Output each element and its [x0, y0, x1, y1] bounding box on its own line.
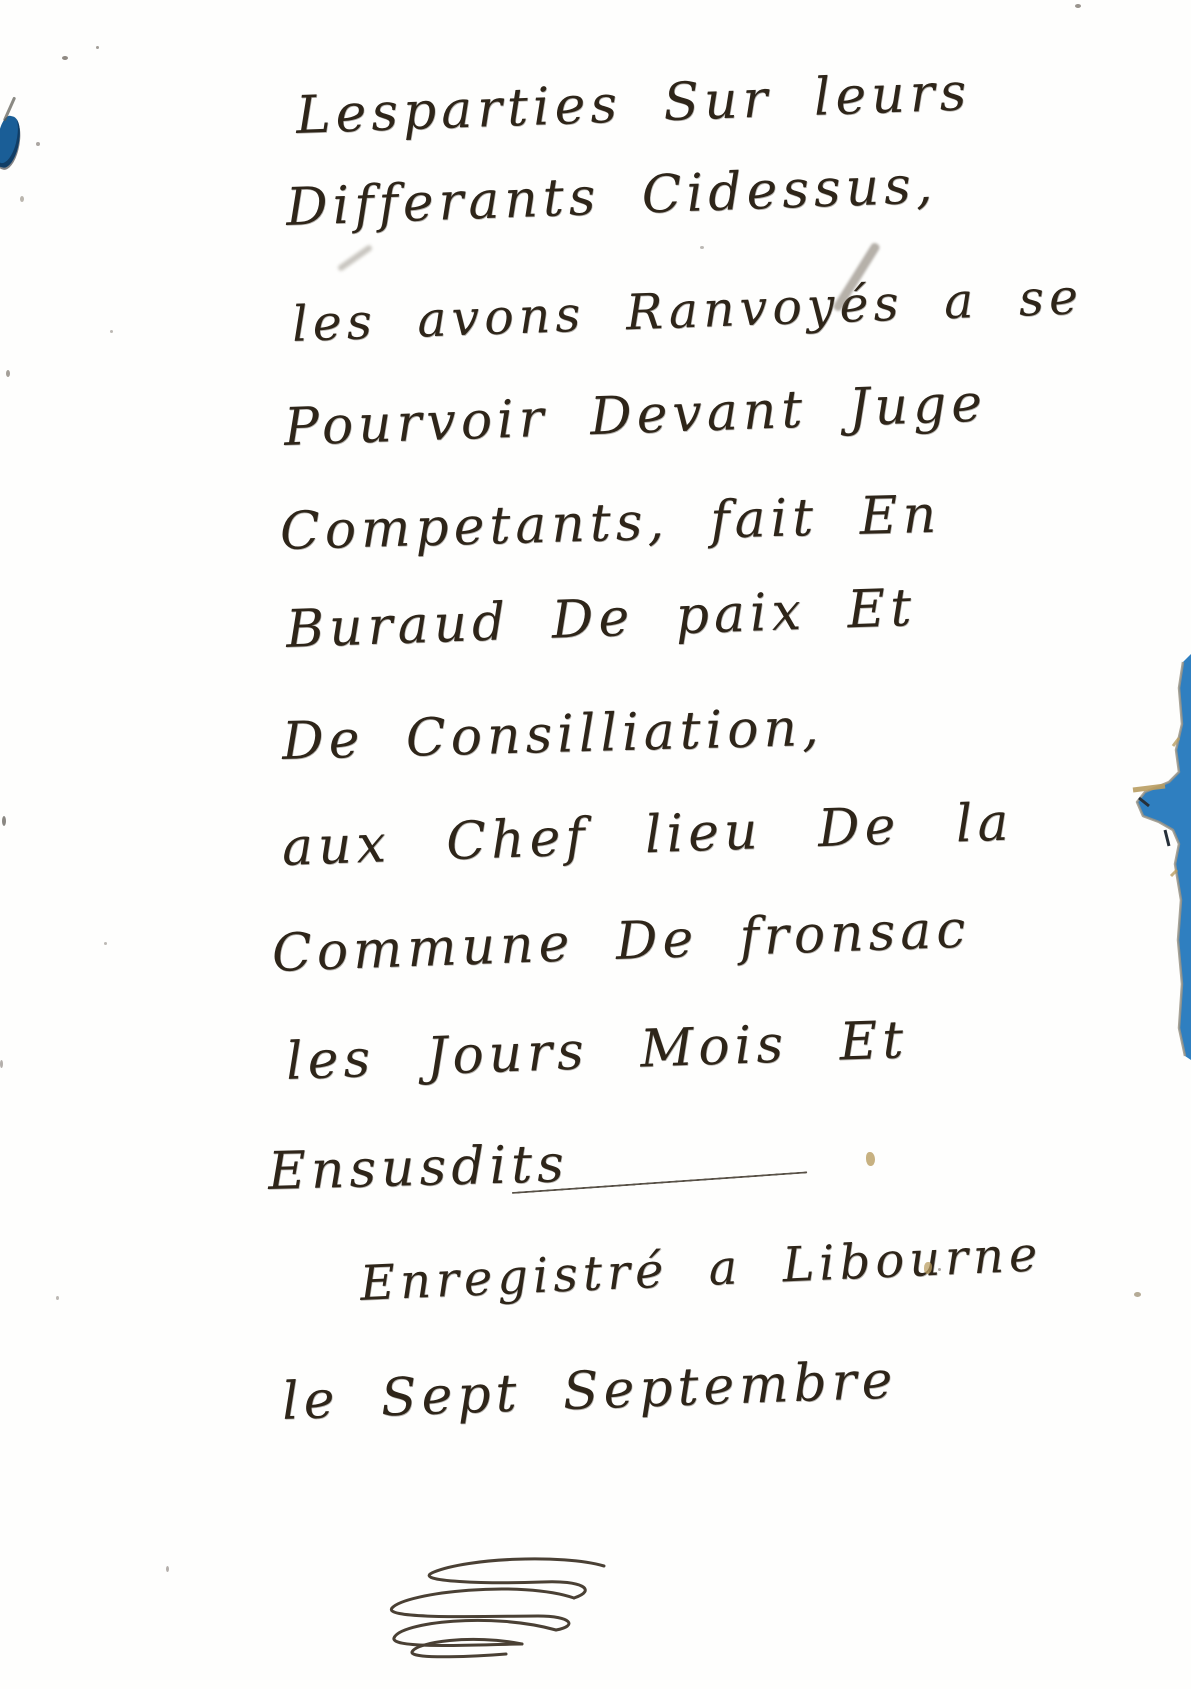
grey-smudge-small [337, 244, 373, 272]
paper-speckle [1134, 1292, 1141, 1297]
paper-speckle [938, 1268, 941, 1271]
paper-speckle [700, 246, 704, 249]
paper-speckle [36, 142, 40, 146]
handwritten-line-3: les avons Ranvoyés a se [291, 268, 1084, 353]
handwritten-line-9: Commune De fronsac [271, 900, 971, 984]
ink-scribble-flourish [372, 1552, 612, 1676]
handwritten-line-6: Buraud De paix Et [285, 578, 917, 660]
paper-speckle [166, 1566, 169, 1572]
paper-speckle [62, 56, 68, 60]
handwritten-line-2: Differants Cidessus, [285, 155, 938, 238]
paper-speckle [56, 1296, 59, 1300]
paper-speckle [0, 1060, 3, 1068]
handwritten-line-4: Pourvoir Devant Juge [283, 373, 988, 458]
blue-ink-stain-left [0, 114, 25, 170]
torn-edge-blue-right [1129, 640, 1191, 1084]
handwritten-line-5: Competants, fait En [279, 485, 942, 562]
paper-speckle [6, 370, 10, 377]
paper-speckle [104, 942, 107, 945]
paper-speckle [866, 1152, 875, 1166]
handwritten-line-8: aux Chef lieu De la [281, 792, 1015, 878]
paper-speckle [110, 330, 113, 333]
paper-speckle [20, 196, 24, 202]
paper-speckle [96, 46, 99, 49]
paper-speckle [2, 816, 6, 826]
torn-edge-blue-shape [1137, 654, 1191, 1060]
handwritten-line-7: De Consilliation, [281, 698, 824, 772]
manuscript-page: Lesparties Sur leurs Differants Cidessus… [0, 0, 1191, 1689]
paper-speckle [1075, 4, 1081, 8]
handwritten-line-10: les Jours Mois Et [285, 1010, 909, 1092]
handwritten-line-1: Lesparties Sur leurs [295, 62, 972, 146]
handwritten-line-13: le Sept Septembre [281, 1351, 898, 1432]
